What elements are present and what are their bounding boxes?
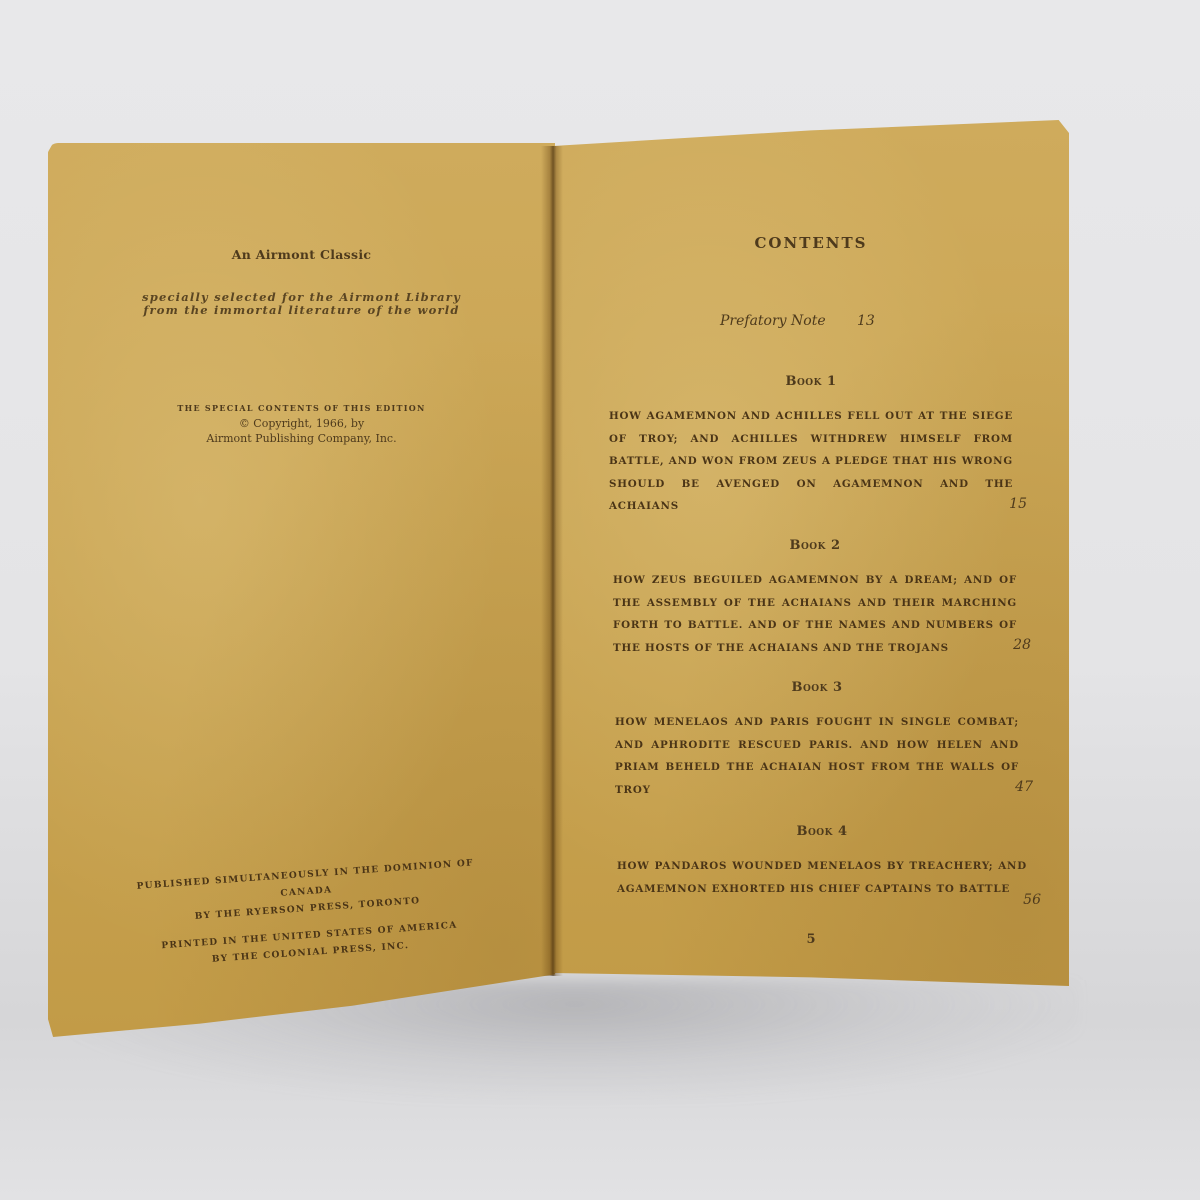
- right-page: CONTENTS Prefatory Note 13 Book 1 HOW AG…: [553, 120, 1069, 986]
- book-page-number: 28: [1013, 637, 1031, 653]
- publication-notice: PUBLISHED SIMULTANEOUSLY IN THE DOMINION…: [115, 854, 501, 975]
- tagline-line: from the immortal literature of the worl…: [48, 304, 555, 317]
- page-folio: 5: [553, 932, 1069, 947]
- toc-entry-book-1: Book 1 HOW AGAMEMNON AND ACHILLES FELL O…: [609, 374, 1013, 518]
- book-description: HOW PANDAROS WOUNDED MENELAOS BY TREACHE…: [617, 855, 1027, 900]
- series-title: An Airmont Classic: [48, 247, 555, 262]
- copyright-block: THE SPECIAL CONTENTS OF THIS EDITION © C…: [48, 401, 555, 446]
- book-title: Book 4: [617, 824, 1027, 839]
- book-title: Book 2: [613, 538, 1017, 553]
- book-page-number: 56: [1023, 892, 1041, 908]
- prefatory-note-label: Prefatory Note: [720, 313, 826, 329]
- contents-heading: CONTENTS: [553, 234, 1069, 252]
- series-tagline: specially selected for the Airmont Libra…: [48, 291, 555, 317]
- toc-entry-book-4: Book 4 HOW PANDAROS WOUNDED MENELAOS BY …: [617, 824, 1027, 900]
- toc-entry-book-3: Book 3 HOW MENELAOS AND PARIS FOUGHT IN …: [615, 680, 1019, 801]
- book-title: Book 1: [609, 374, 1013, 389]
- book-page-number: 47: [1015, 779, 1033, 795]
- book-spine-gutter: [541, 146, 563, 976]
- book-page-number: 15: [1009, 496, 1027, 512]
- special-contents-label: THE SPECIAL CONTENTS OF THIS EDITION: [48, 401, 555, 416]
- copyright-line: © Copyright, 1966, by: [48, 416, 555, 431]
- publisher-line: Airmont Publishing Company, Inc.: [48, 431, 555, 446]
- left-page: An Airmont Classic specially selected fo…: [48, 143, 555, 1037]
- toc-entry-book-2: Book 2 HOW ZEUS BEGUILED AGAMEMNON BY A …: [613, 538, 1017, 659]
- book-description: HOW ZEUS BEGUILED AGAMEMNON BY A DREAM; …: [613, 569, 1017, 659]
- book-description: HOW AGAMEMNON AND ACHILLES FELL OUT AT T…: [609, 405, 1013, 518]
- prefatory-note-page: 13: [857, 313, 875, 329]
- book-description: HOW MENELAOS AND PARIS FOUGHT IN SINGLE …: [615, 711, 1019, 801]
- book-title: Book 3: [615, 680, 1019, 695]
